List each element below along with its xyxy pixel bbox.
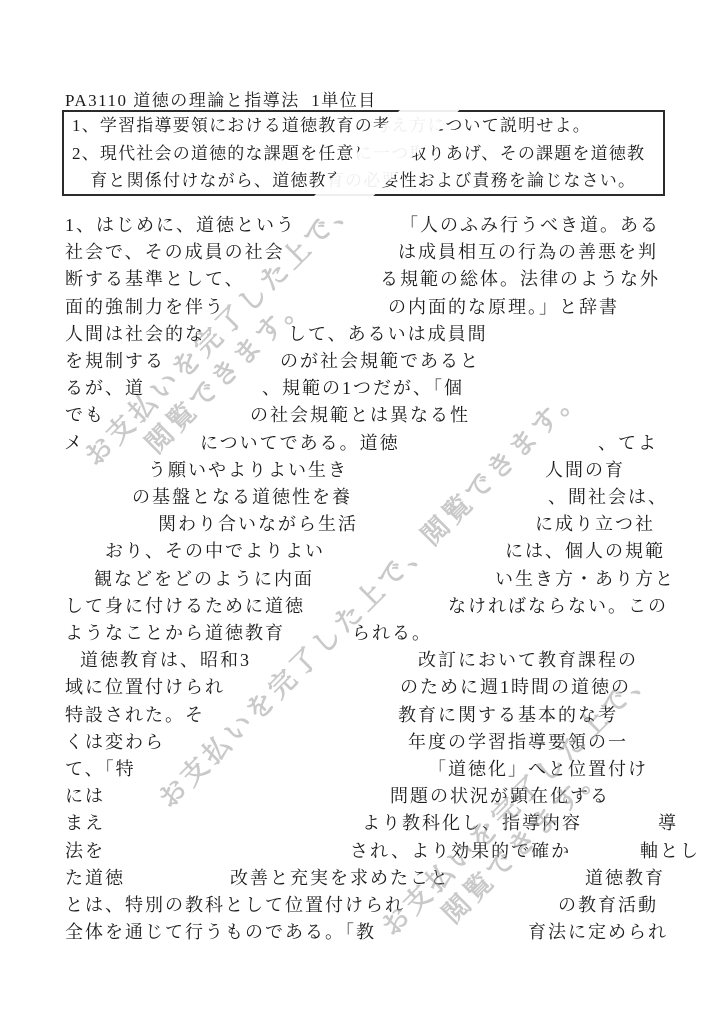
text-fragment: 年度の学習指導要領の一: [408, 729, 628, 756]
text-fragment: の社会規範とは異なる性: [250, 402, 470, 429]
text-fragment: 道徳教育: [585, 865, 665, 892]
text-fragment: 「人のふみ行うべき道。ある: [400, 212, 660, 239]
text-fragment: 人間の育: [545, 457, 625, 484]
text-fragment: 社会で、その成員の社会: [65, 239, 285, 266]
body-line: う願いやよりよい生き人間の育: [0, 457, 724, 484]
text-fragment: 特設された。そ: [65, 702, 205, 729]
text-fragment: でも: [65, 402, 105, 429]
text-fragment: て、「特: [65, 756, 136, 783]
body-line: を規制するのが社会規範であると: [0, 348, 724, 375]
text-fragment: のために週1時間の道徳の: [400, 674, 631, 701]
text-fragment: るが、道: [65, 375, 145, 402]
body-line: 面的強制力を伴うの内面的な原理。」と辞書: [0, 294, 724, 321]
text-fragment: おり、その中でよりよい: [105, 538, 325, 565]
text-fragment: 改訂において教育課程の: [418, 647, 638, 674]
text-fragment: のが社会規範であると: [280, 348, 480, 375]
body-line: るが、道、規範の1つだが、「個: [0, 375, 724, 402]
text-fragment: 断する基準として、: [65, 266, 245, 293]
text-fragment: 面的強制力を伴う: [65, 294, 225, 321]
text-fragment: の基盤となる道徳性を養: [132, 484, 352, 511]
text-fragment: られる。: [352, 620, 432, 647]
text-fragment: くは変わら: [65, 729, 165, 756]
text-fragment: メ: [64, 430, 84, 457]
text-fragment: の教育活動: [558, 892, 658, 919]
text-fragment: を規制する: [65, 348, 165, 375]
text-fragment: して、あるいは成員間: [288, 321, 488, 348]
text-fragment: され、より効果的で確か: [350, 838, 571, 865]
text-fragment: 全体を通じて行うものである。「教: [65, 919, 376, 946]
text-fragment: ようなことから道徳教育: [65, 620, 285, 647]
text-fragment: の内面的な原理。」と辞書: [388, 294, 619, 321]
text-fragment: 改善と充実を求めたこと: [230, 865, 450, 892]
text-fragment: 教育に関する基本的な考: [398, 702, 618, 729]
text-fragment: 関わり合いながら生活: [158, 511, 358, 538]
body-line: して身に付けるために道徳なければならない。この: [0, 593, 724, 620]
text-fragment: 導: [658, 810, 678, 837]
body-line: まえより教科化し、指導内容導: [0, 810, 724, 837]
body-line: ようなことから道徳教育られる。: [0, 620, 724, 647]
body-line: でもの社会規範とは異なる性: [0, 402, 724, 429]
text-fragment: には: [65, 783, 105, 810]
body-line: 1、はじめに、道徳という「人のふみ行うべき道。ある: [0, 212, 724, 239]
text-fragment: 軸とし: [640, 838, 700, 865]
body-line: 特設された。そ教育に関する基本的な考: [0, 702, 724, 729]
body-line: て、「特「道徳化」へと位置付け: [0, 756, 724, 783]
text-fragment: まえ: [65, 810, 105, 837]
text-fragment: 観などをどのように内面: [94, 566, 314, 593]
text-fragment: 育法に定められ: [528, 919, 668, 946]
text-fragment: い生き方・あり方と: [495, 566, 675, 593]
text-fragment: 1、はじめに、道徳という: [65, 212, 296, 239]
text-fragment: には、個人の規範: [505, 538, 665, 565]
text-fragment: 人間は社会的な: [65, 321, 205, 348]
text-fragment: とは、特別の教科として位置付けられ: [65, 892, 405, 919]
text-fragment: た道徳: [65, 865, 125, 892]
text-fragment: に成り立つ社: [535, 511, 655, 538]
body-line: とは、特別の教科として位置付けられの教育活動: [0, 892, 724, 919]
text-fragment: についてである。道徳: [200, 430, 400, 457]
body-line: の基盤となる道徳性を養、間社会は、: [0, 484, 724, 511]
body-line: 関わり合いながら生活に成り立つ社: [0, 511, 724, 538]
text-fragment: 問題の状況が顕在化する: [390, 783, 610, 810]
body-line: 法をされ、より効果的で確か軸とし: [0, 838, 724, 865]
body-line: 道徳教育は、昭和3改訂において教育課程の: [0, 647, 724, 674]
body-line: 社会で、その成員の社会は成員相互の行為の善悪を判: [0, 239, 724, 266]
body-line: た道徳改善と充実を求めたこと道徳教育: [0, 865, 724, 892]
document-page: PA3110 道徳の理論と指導法 1単位目 1、学習指導要領における道徳教育の考…: [0, 0, 724, 1024]
body-line: 域に位置付けられのために週1時間の道徳の: [0, 674, 724, 701]
text-fragment: 「道徳化」へと位置付け: [428, 756, 648, 783]
body-line: 観などをどのように内面い生き方・あり方と: [0, 566, 724, 593]
text-fragment: る規範の総体。法律のような外: [380, 266, 660, 293]
body-line: には問題の状況が顕在化する: [0, 783, 724, 810]
body-line: 断する基準として、る規範の総体。法律のような外: [0, 266, 724, 293]
text-fragment: 、間社会は、: [548, 484, 668, 511]
text-fragment: より教科化し、指導内容: [362, 810, 582, 837]
body-line: おり、その中でよりよいには、個人の規範: [0, 538, 724, 565]
text-fragment: 、てよ: [598, 430, 658, 457]
text-fragment: は成員相互の行為の善悪を判: [398, 239, 658, 266]
body-line: 人間は社会的なして、あるいは成員間: [0, 321, 724, 348]
body-line: くは変わら年度の学習指導要領の一: [0, 729, 724, 756]
text-fragment: なければならない。この: [448, 593, 668, 620]
body-line: 全体を通じて行うものである。「教育法に定められ: [0, 919, 724, 946]
text-fragment: 道徳教育は、昭和3: [80, 647, 251, 674]
text-fragment: 法を: [65, 838, 105, 865]
text-fragment: 域に位置付けられ: [65, 674, 225, 701]
text-fragment: 、規範の1つだが、「個: [262, 375, 464, 402]
text-fragment: して身に付けるために道徳: [65, 593, 305, 620]
body-line: メについてである。道徳、てよ: [0, 430, 724, 457]
text-fragment: う願いやよりよい生き: [148, 457, 348, 484]
